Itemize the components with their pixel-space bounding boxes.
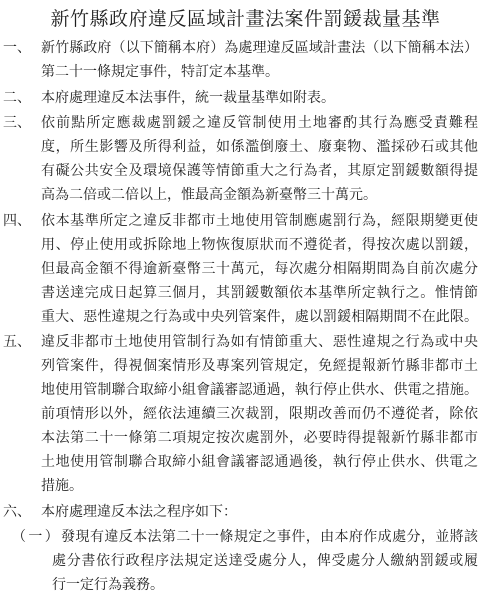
document-page: 新竹縣政府違反區域計畫法案件罰鍰裁量基準 一、新竹縣政府（以下簡稱本府）為處理違… [0, 0, 491, 600]
clause: 一、新竹縣政府（以下簡稱本府）為處理違反區域計畫法（以下簡稱本法）第二十一條規定… [0, 37, 491, 85]
text-line: 本府處理違反本法之程序如下： [41, 501, 478, 525]
clause-list: 一、新竹縣政府（以下簡稱本府）為處理違反區域計畫法（以下簡稱本法）第二十一條規定… [0, 37, 491, 598]
clause-body: 依本基準所定之違反非都市土地使用管制應處罰行為，經限期變更使用、停止使用或拆除地… [41, 210, 478, 330]
text-line: 重大、惡性違規之行為或中央列管案件，處以罰鍰相隔期間不在此限。 [41, 306, 478, 330]
clause-marker: 六、 [3, 501, 41, 525]
text-line: 用、停止使用或拆除地上物恢復原狀而不遵從者，得按次處以罰鍰， [41, 234, 478, 258]
text-line: 措施。 [41, 475, 478, 499]
clause-marker: 三、 [3, 112, 41, 208]
text-line: 書送達完成日起算三個月，其罰鍰數額依本基準所定執行之。惟情節 [41, 282, 478, 306]
clause-body: 本府處理違反本法事件，統一裁量基準如附表。 [41, 87, 478, 111]
clause-body: 違反非都市土地使用管制行為如有情節重大、惡性違規之行為或中央列管案件，得視個案情… [41, 331, 478, 499]
clause-body: 新竹縣政府（以下簡稱本府）為處理違反區域計畫法（以下簡稱本法）第二十一條規定事件… [41, 37, 478, 85]
text-line: （一）發現有違反本法第二十一條規定之事件，由本府作成處分，並將該 [52, 526, 478, 550]
text-line: 本府處理違反本法事件，統一裁量基準如附表。 [41, 87, 478, 111]
text-line: 地使用管制聯合取締小組會議審認通過，執行停止供水、供電之措施。 [41, 379, 478, 403]
sub-clause-marker: （一） [12, 530, 61, 545]
text-line: 土地使用管制聯合取締小組會議審認通過後，執行停止供水、供電之 [41, 451, 478, 475]
clause-body: 本府處理違反本法之程序如下： [41, 501, 478, 525]
clause-marker: 四、 [3, 210, 41, 330]
clause: 二、本府處理違反本法事件，統一裁量基準如附表。 [0, 87, 491, 111]
text-line: 但最高金額不得逾新臺幣三十萬元，每次處分相隔期間為自前次處分 [41, 258, 478, 282]
clause-marker: 五、 [3, 331, 41, 499]
clause: 六、本府處理違反本法之程序如下： [0, 501, 491, 525]
text-line: 違反非都市土地使用管制行為如有情節重大、惡性違規之行為或中央 [41, 331, 478, 355]
text-line: 依本基準所定之違反非都市土地使用管制應處罰行為，經限期變更使 [41, 210, 478, 234]
text-line: 新竹縣政府（以下簡稱本府）為處理違反區域計畫法（以下簡稱本法） [41, 37, 478, 61]
clause-body: 依前點所定應裁處罰鍰之違反管制使用土地審酌其行為應受責難程度，所生影響及所得利益… [41, 112, 478, 208]
sub-clause: （一）發現有違反本法第二十一條規定之事件，由本府作成處分，並將該處分書依行政程序… [0, 526, 491, 598]
text-line: 處分書依行政程序法規定送達受處分人，俾受處分人繳納罰鍰或履 [52, 550, 478, 574]
clause: 五、違反非都市土地使用管制行為如有情節重大、惡性違規之行為或中央列管案件，得視個… [0, 331, 491, 499]
text-line: 本法第二十一條第二項規定按次處罰外，必要時得提報新竹縣非都市 [41, 427, 478, 451]
text-line: 行一定行為義務。 [52, 574, 478, 598]
text-line: 前項情形以外，經依法連續三次裁罰，限期改善而仍不遵從者，除依 [41, 403, 478, 427]
text-line: 度，所生影響及所得利益，如係濫倒廢土、廢棄物、濫採砂石或其他 [41, 136, 478, 160]
clause: 三、依前點所定應裁處罰鍰之違反管制使用土地審酌其行為應受責難程度，所生影響及所得… [0, 112, 491, 208]
text-line: 列管案件，得視個案情形及專案列管規定，免經提報新竹縣非都市土 [41, 355, 478, 379]
clause-marker: 一、 [3, 37, 41, 85]
text-line: 依前點所定應裁處罰鍰之違反管制使用土地審酌其行為應受責難程 [41, 112, 478, 136]
clause: 四、依本基準所定之違反非都市土地使用管制應處罰行為，經限期變更使用、停止使用或拆… [0, 210, 491, 330]
text-line: 有礙公共安全及環境保護等情節重大之行為者，其原定罰鍰數額得提 [41, 160, 478, 184]
text-line: 高為二倍或二倍以上，惟最高金額為新臺幣三十萬元。 [41, 184, 478, 208]
document-title: 新竹縣政府違反區域計畫法案件罰鍰裁量基準 [0, 7, 491, 32]
clause-marker: 二、 [3, 87, 41, 111]
text-line: 第二十一條規定事件，特訂定本基準。 [41, 61, 478, 85]
